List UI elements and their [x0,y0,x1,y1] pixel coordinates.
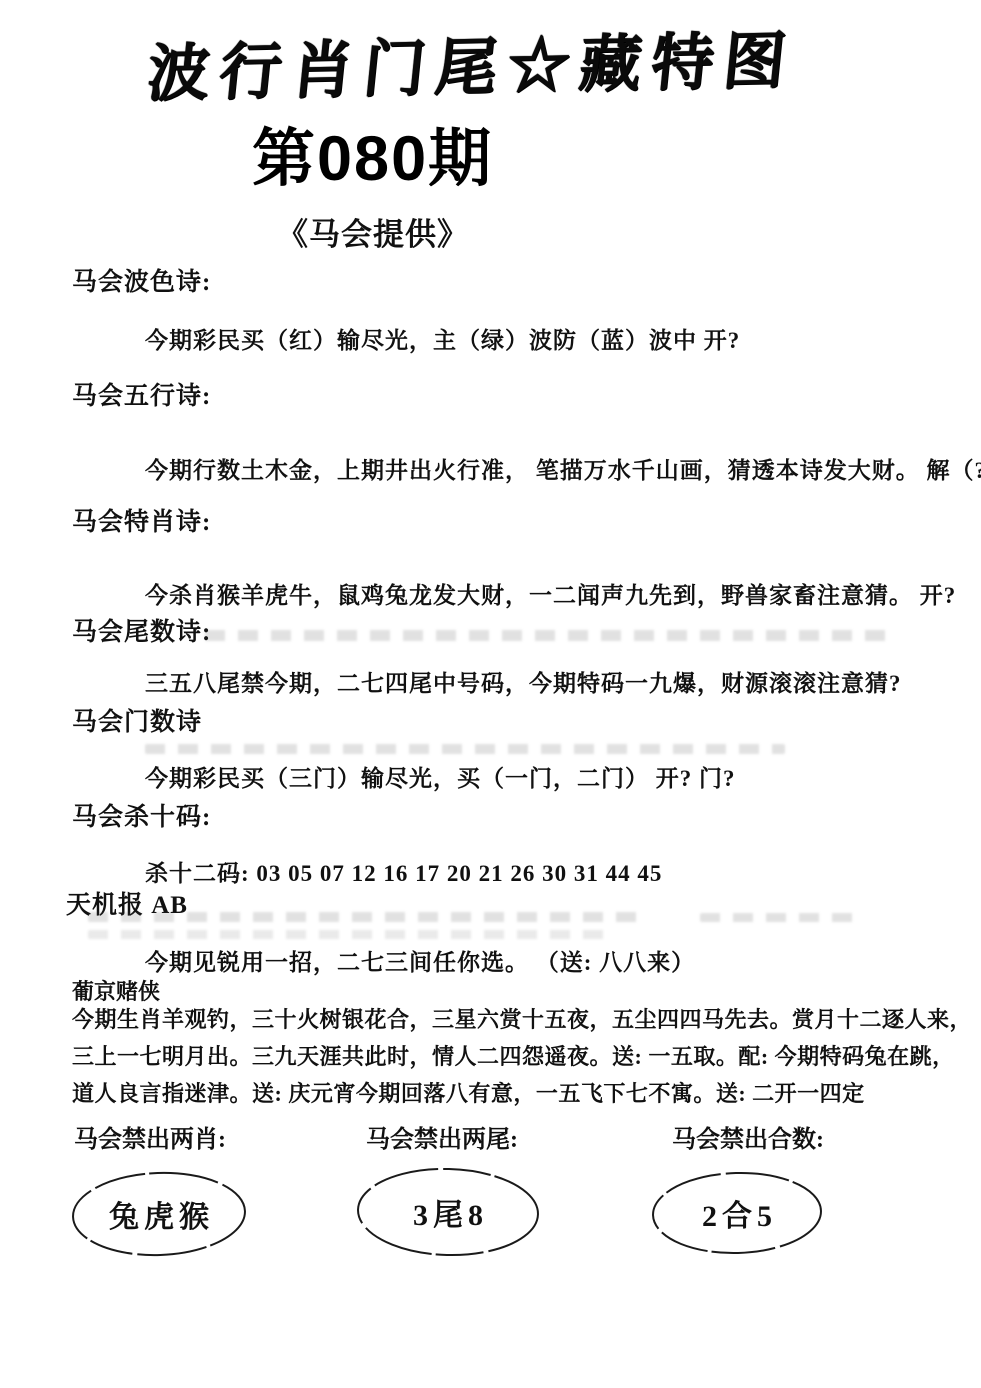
verse-bose: 今期彩民买（红）输尽光，主（绿）波防（蓝）波中 开? [145,322,740,355]
verse-texiao: 今杀肖猴羊虎牛，鼠鸡兔龙发大财，一二闻声九先到，野兽家畜注意猜。 开? [145,577,956,610]
scan-artifact [700,913,860,922]
forbidden-sum-oval: 2合5 [648,1170,826,1256]
pujing-line-1: 今期生肖羊观钓，三十火树银花合，三星六赏十五夜，五尘四四马先去。赏月十二逐人来， [72,1001,917,1038]
scan-artifact [205,630,895,641]
forbidden-sum-label: 马会禁出合数: [672,1119,824,1154]
section-label-weishu: 马会尾数诗: [72,612,211,648]
scan-artifact [88,912,648,922]
verse-weishu: 三五八尾禁今期，二七四尾中号码，今期特码一九爆，财源滚滚注意猜? [145,665,902,698]
provider-title: 《马会提供》 [277,209,469,254]
forbidden-tail-label: 马会禁出两尾: [366,1119,518,1154]
scan-artifact [88,930,608,939]
forbidden-zodiac-label: 马会禁出两肖: [74,1119,226,1154]
issue-number-title: 第080期 [252,108,493,199]
forbidden-tail-oval: 3尾8 [352,1166,544,1258]
section-label-wuxing: 马会五行诗: [72,376,211,412]
banner-title: 波行肖门尾☆藏特图 [143,10,800,113]
forbidden-zodiac-oval: 兔虎猴 [68,1170,250,1258]
forbidden-tail-value: 3尾8 [408,1190,488,1234]
section-label-bose: 马会波色诗: [72,262,211,298]
verse-kill-numbers: 杀十二码: 03 05 07 12 16 17 20 21 26 30 31 4… [145,855,662,888]
scan-artifact [145,744,785,754]
pujing-line-2: 三上一七明月出。三九天涯共此时，情人二四怨遥夜。送: 一五取。配: 今期特码兔在… [72,1038,917,1075]
tip-sheet-page: 波行肖门尾☆藏特图 第080期 《马会提供》 马会波色诗: 今期彩民买（红）输尽… [0,0,981,1388]
verse-menshu: 今期彩民买（三门）输尽光，买（一门，二门） 开? 门? [145,760,736,793]
verse-wuxing: 今期行数土木金，上期井出火行准， 笔描万水千山画，猜透本诗发大财。 解（?） [145,452,981,485]
verse-tianjibao: 今期见锐用一招，二七三间任你选。 （送: 八八来） [145,944,695,977]
forbidden-sum-value: 2合5 [697,1191,777,1235]
section-label-texiao: 马会特肖诗: [72,502,211,538]
forbidden-zodiac-value: 兔虎猴 [104,1192,214,1236]
section-label-menshu: 马会门数诗 [72,702,202,738]
pujing-line-3: 道人良言指迷津。送: 庆元宵今期回落八有意，一五飞下七不寓。送: 二开一四定 [72,1075,917,1112]
pujing-paragraph: 今期生肖羊观钓，三十火树银花合，三星六赏十五夜，五尘四四马先去。赏月十二逐人来，… [72,1001,917,1112]
section-label-shashima: 马会杀十码: [72,797,211,833]
